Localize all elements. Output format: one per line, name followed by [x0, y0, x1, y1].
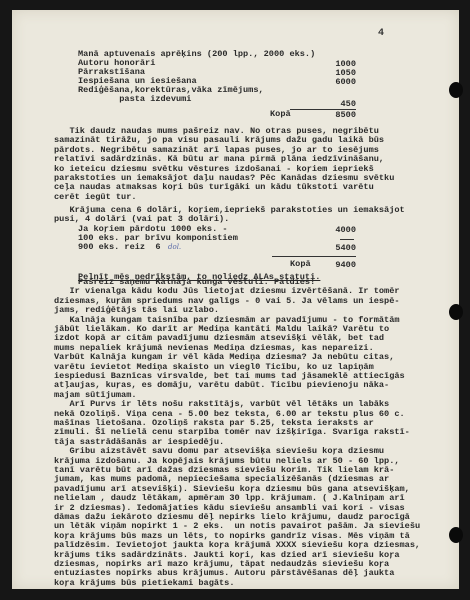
sales-total-label: Kopā [290, 260, 311, 269]
text-line: cerēt iegūt tur. [54, 193, 137, 202]
budget-total-value: 8500 [316, 110, 356, 120]
budget-item-label: pasta izdevumi [78, 95, 191, 104]
sales-item-value: 5400 [316, 243, 356, 253]
sales-item-label: 900 eks. reiz 6 [78, 243, 161, 252]
budget-item-value: 450 [316, 99, 356, 109]
punch-hole [449, 527, 463, 543]
punch-hole [449, 82, 463, 98]
typewritten-page: 4 Manā aptuvenais aprēķins (200 lpp., 20… [12, 10, 459, 589]
handwritten-note: dol. [168, 243, 181, 252]
budget-total-label: Kopā [270, 110, 291, 119]
punch-hole [449, 304, 463, 320]
sales-item-value: 4000 [316, 225, 356, 235]
budget-item-value: 6000 [316, 77, 356, 87]
text-line: koŗa krājums būs pietiekami bagāts. [54, 579, 235, 588]
dash-rule [340, 239, 354, 240]
sum-rule [272, 256, 356, 257]
sales-total-value: 9400 [316, 260, 356, 270]
page-number: 4 [378, 28, 384, 39]
